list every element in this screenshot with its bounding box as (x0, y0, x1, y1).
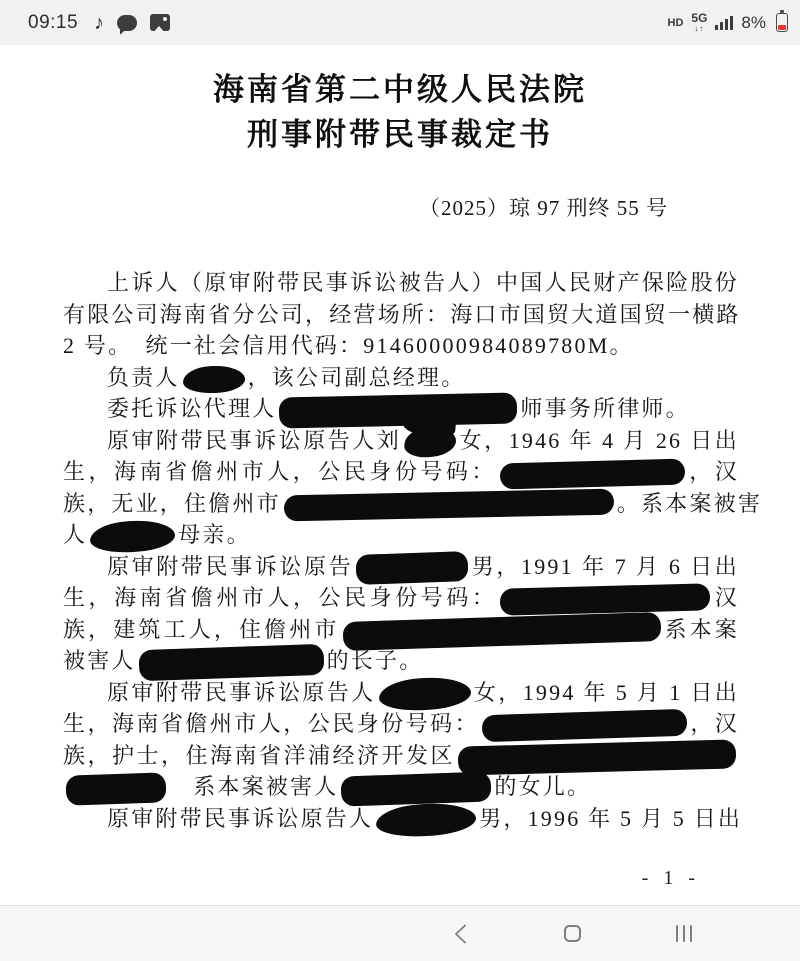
document-line: 原审附带民事诉讼原告男，1991 年 7 月 6 日出 (63, 551, 739, 583)
home-icon (564, 925, 581, 942)
tiktok-music-note-icon: ♪ (94, 13, 104, 33)
document-text: 原审附带民事诉讼原告 (107, 554, 353, 579)
network-type-indicator: 5G ↓↑ (691, 12, 707, 33)
notification-icons: ♪ (94, 13, 170, 33)
data-arrows-icon: ↓↑ (694, 25, 704, 33)
document-text: 2 号。 统一社会信用代码：91460000984089780M。 (63, 333, 634, 358)
document-text: 族，建筑工人，住儋州市 (63, 617, 340, 642)
document-text: 负责人 (107, 365, 180, 390)
document-text: 被害人 (63, 648, 136, 673)
document-text: 系本案 (664, 617, 739, 642)
hd-voice-indicator: HD (668, 17, 684, 29)
navigation-bar (0, 905, 800, 961)
document-text: 的女儿。 (494, 774, 591, 799)
redaction-mark (500, 584, 711, 616)
document-text: ，汉 (688, 459, 739, 484)
document-text: 原审附带民事诉讼原告人 (107, 680, 376, 705)
document-text: ，汉 (690, 711, 739, 736)
document-text: 委托诉讼代理人 (107, 396, 276, 421)
redaction-mark (341, 771, 492, 806)
document-text: 上诉人（原审附带民事诉讼被告人）中国人民财产保险股份 (107, 270, 739, 295)
document-text: 原审附带民事诉讼原告人刘 (107, 428, 401, 453)
redaction-mark (458, 739, 737, 775)
document-text: 男，1996 年 5 月 5 日出 (479, 806, 742, 831)
redaction-mark (66, 772, 167, 805)
battery-percentage: 8% (741, 13, 766, 33)
document-line: 原审附带民事诉讼原告人刘女，1946 年 4 月 26 日出 (63, 425, 739, 457)
chat-bubble-icon (117, 15, 137, 31)
document-text: 族，护士，住海南省洋浦经济开发区 (63, 743, 455, 768)
back-chevron-icon (454, 924, 467, 944)
court-name: 海南省第二中级人民法院 (0, 67, 800, 112)
redaction-mark (482, 709, 688, 742)
document-text: ，该公司副总经理。 (248, 365, 466, 390)
document-page[interactable]: 海南省第二中级人民法院 刑事附带民事裁定书 （2025）琼 97 刑终 55 号… (0, 45, 800, 905)
document-line: 族，无业，住儋州市。系本案被害 (63, 488, 739, 520)
document-text: 的长子。 (327, 648, 424, 673)
document-text: 生，海南省儋州市人，公民身份号码： (63, 711, 479, 736)
document-text: 有限公司海南省分公司，经营场所：海口市国贸大道国贸一横路 (63, 302, 741, 327)
redaction-mark (284, 489, 614, 522)
document-line: 系本案被害人的女儿。 (63, 771, 739, 803)
document-line: 生，海南省儋州市人，公民身份号码：，汉 (63, 708, 739, 740)
document-text: 系本案被害人 (169, 774, 338, 799)
recents-button[interactable] (672, 922, 696, 946)
page-number: - 1 - (642, 867, 697, 890)
document-text: 女，1946 年 4 月 26 日出 (459, 428, 739, 453)
gallery-icon (150, 14, 170, 31)
document-line: 上诉人（原审附带民事诉讼被告人）中国人民财产保险股份 (63, 267, 739, 299)
document-type: 刑事附带民事裁定书 (0, 112, 800, 157)
document-text: 女，1994 年 5 月 1 日出 (474, 680, 739, 705)
home-button[interactable] (560, 922, 584, 946)
document-text: 男，1991 年 7 月 6 日出 (471, 554, 739, 579)
document-text: 师事务所律师。 (520, 396, 689, 421)
document-line: 族，建筑工人，住儋州市系本案 (63, 614, 739, 646)
document-line: 生，海南省儋州市人，公民身份号码：汉 (63, 582, 739, 614)
document-line: 原审附带民事诉讼原告人男，1996 年 5 月 5 日出 (63, 803, 739, 835)
redaction-mark (356, 552, 469, 586)
redaction-mark (89, 519, 176, 554)
document-text: 生，海南省儋州市人，公民身份号码： (63, 585, 497, 610)
signal-strength-icon (715, 15, 733, 30)
document-text: 族，无业，住儋州市 (63, 491, 281, 516)
redaction-mark (279, 393, 518, 429)
document-title: 海南省第二中级人民法院 刑事附带民事裁定书 (0, 67, 800, 157)
document-text: 原审附带民事诉讼原告人 (107, 806, 373, 831)
recents-icon (676, 925, 693, 942)
redaction-mark (182, 365, 245, 394)
document-text: 生，海南省儋州市人，公民身份号码： (63, 459, 497, 484)
document-text: 。系本案被害 (617, 491, 762, 516)
redaction-mark (500, 459, 686, 490)
status-indicators: HD 5G ↓↑ 8% (668, 12, 788, 33)
case-number: （2025）琼 97 刑终 55 号 (419, 192, 668, 222)
document-body: 上诉人（原审附带民事诉讼被告人）中国人民财产保险股份有限公司海南省分公司，经营场… (63, 267, 739, 834)
navigation-buttons (448, 906, 696, 961)
document-text: 汉 (713, 585, 739, 610)
document-line: 委托诉讼代理人师事务所律师。 (63, 393, 739, 425)
phone-screen: 09:15 ♪ HD 5G ↓↑ 8% 海南省第二中级人民法院 刑事附带民事裁定… (0, 0, 800, 961)
document-line: 2 号。 统一社会信用代码：91460000984089780M。 (63, 330, 739, 362)
redaction-mark (375, 802, 477, 839)
battery-icon (776, 13, 788, 32)
document-line: 原审附带民事诉讼原告人女，1994 年 5 月 1 日出 (63, 677, 739, 709)
document-line: 有限公司海南省分公司，经营场所：海口市国贸大道国贸一横路 (63, 299, 739, 331)
document-line: 族，护士，住海南省洋浦经济开发区 (63, 740, 739, 772)
back-button[interactable] (448, 922, 472, 946)
document-line: 负责人，该公司副总经理。 (63, 362, 739, 394)
clock: 09:15 (28, 12, 78, 34)
document-line: 人母亲。 (63, 519, 739, 551)
document-line: 生，海南省儋州市人，公民身份号码：，汉 (63, 456, 739, 488)
status-bar: 09:15 ♪ HD 5G ↓↑ 8% (0, 0, 800, 45)
document-line: 被害人的长子。 (63, 645, 739, 677)
document-text: 人 (63, 522, 87, 547)
document-text: 母亲。 (178, 522, 251, 547)
